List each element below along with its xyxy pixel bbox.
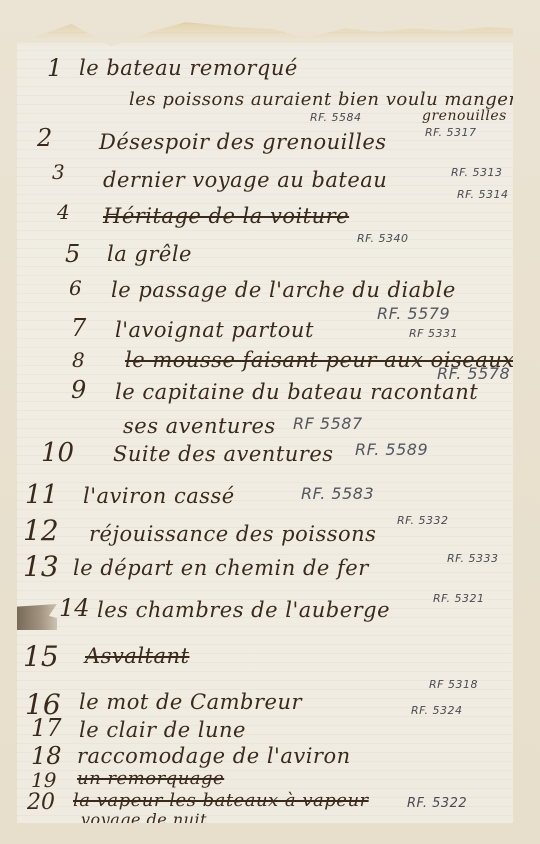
entry-number: 3 [52, 160, 65, 184]
entry-title: l'aviron cassé [83, 484, 235, 508]
entry-number: 19 [31, 768, 56, 792]
entry-number: 8 [72, 348, 85, 372]
entry-number: 5 [65, 240, 80, 268]
entry-number: 15 [23, 640, 59, 673]
catalog-ref: RF. 5313 [451, 166, 503, 179]
entry-title: le départ en chemin de fer [73, 556, 369, 580]
entry-number: 11 [25, 480, 58, 510]
catalog-ref: RF. 5321 [433, 592, 485, 605]
catalog-ref: RF. 5314 [457, 188, 509, 201]
catalog-ref: RF. 5324 [411, 704, 463, 717]
catalog-ref: RF. 5317 [425, 126, 477, 139]
entry-title: Désespoir des grenouilles [99, 130, 387, 154]
entry-number: 14 [59, 594, 90, 622]
entry-title: réjouissance des poissons [89, 522, 376, 546]
entry-number: 7 [71, 314, 86, 342]
catalog-ref: RF. 5579 [377, 304, 450, 323]
entry-title: le clair de lune [79, 718, 246, 742]
catalog-ref: RF. 5333 [447, 552, 499, 565]
entry-number: 6 [69, 276, 82, 300]
entry-number: 18 [31, 742, 62, 770]
entry-title: les chambres de l'auberge [97, 598, 390, 622]
entry-title: raccomodage de l'aviron [77, 744, 351, 768]
catalog-ref: RF. 5340 [357, 232, 409, 245]
entry-title: le mot de Cambreur [79, 690, 302, 714]
entry-number: 10 [41, 438, 74, 468]
catalog-ref: RF. 5589 [355, 440, 428, 459]
catalog-ref: RF. 5584 [310, 111, 362, 124]
entry-title: le passage de l'arche du diable [111, 278, 456, 302]
entry-title: les poissons auraient bien voulu manger … [129, 89, 540, 110]
catalog-ref: RF 5331 [409, 327, 458, 340]
entry-number: 13 [23, 550, 59, 583]
entry-title-struck: Asvaltant [85, 644, 189, 668]
catalog-ref: RF 5318 [429, 678, 478, 691]
entry-number: 9 [71, 376, 86, 404]
entry-title: ses aventures [123, 414, 276, 438]
entry-number: 2 [37, 124, 52, 152]
entry-title-struck: un remorquage [77, 768, 224, 789]
entry-number: 1 [47, 54, 62, 82]
entry-title-struck: Héritage de la voiture [103, 204, 349, 228]
catalog-ref: RF. 5322 [407, 796, 467, 811]
manuscript-page: 1 le bateau remorqué les poissons auraie… [17, 14, 513, 823]
entry-title: Suite des aventures [113, 442, 334, 466]
entry-title: la grêle [107, 242, 192, 266]
catalog-ref: RF 5587 [293, 414, 363, 433]
entry-title-struck: la vapeur les bateaux à vapeur [73, 790, 369, 811]
entry-number: 4 [57, 200, 70, 224]
entry-number: 20 [27, 790, 55, 815]
entry-title: l'avoignat partout [115, 318, 314, 342]
entry-number: 12 [23, 514, 59, 547]
entry-title: le bateau remorqué [79, 56, 298, 80]
entry-note: grenouilles [422, 108, 507, 124]
entry-number: 17 [31, 714, 62, 742]
entry-title: le capitaine du bateau racontant [115, 380, 478, 404]
entry-title: dernier voyage au bateau [103, 168, 387, 192]
ink-blot [17, 604, 57, 630]
catalog-ref: RF. 5583 [301, 484, 374, 503]
catalog-ref: RF. 5332 [397, 514, 449, 527]
